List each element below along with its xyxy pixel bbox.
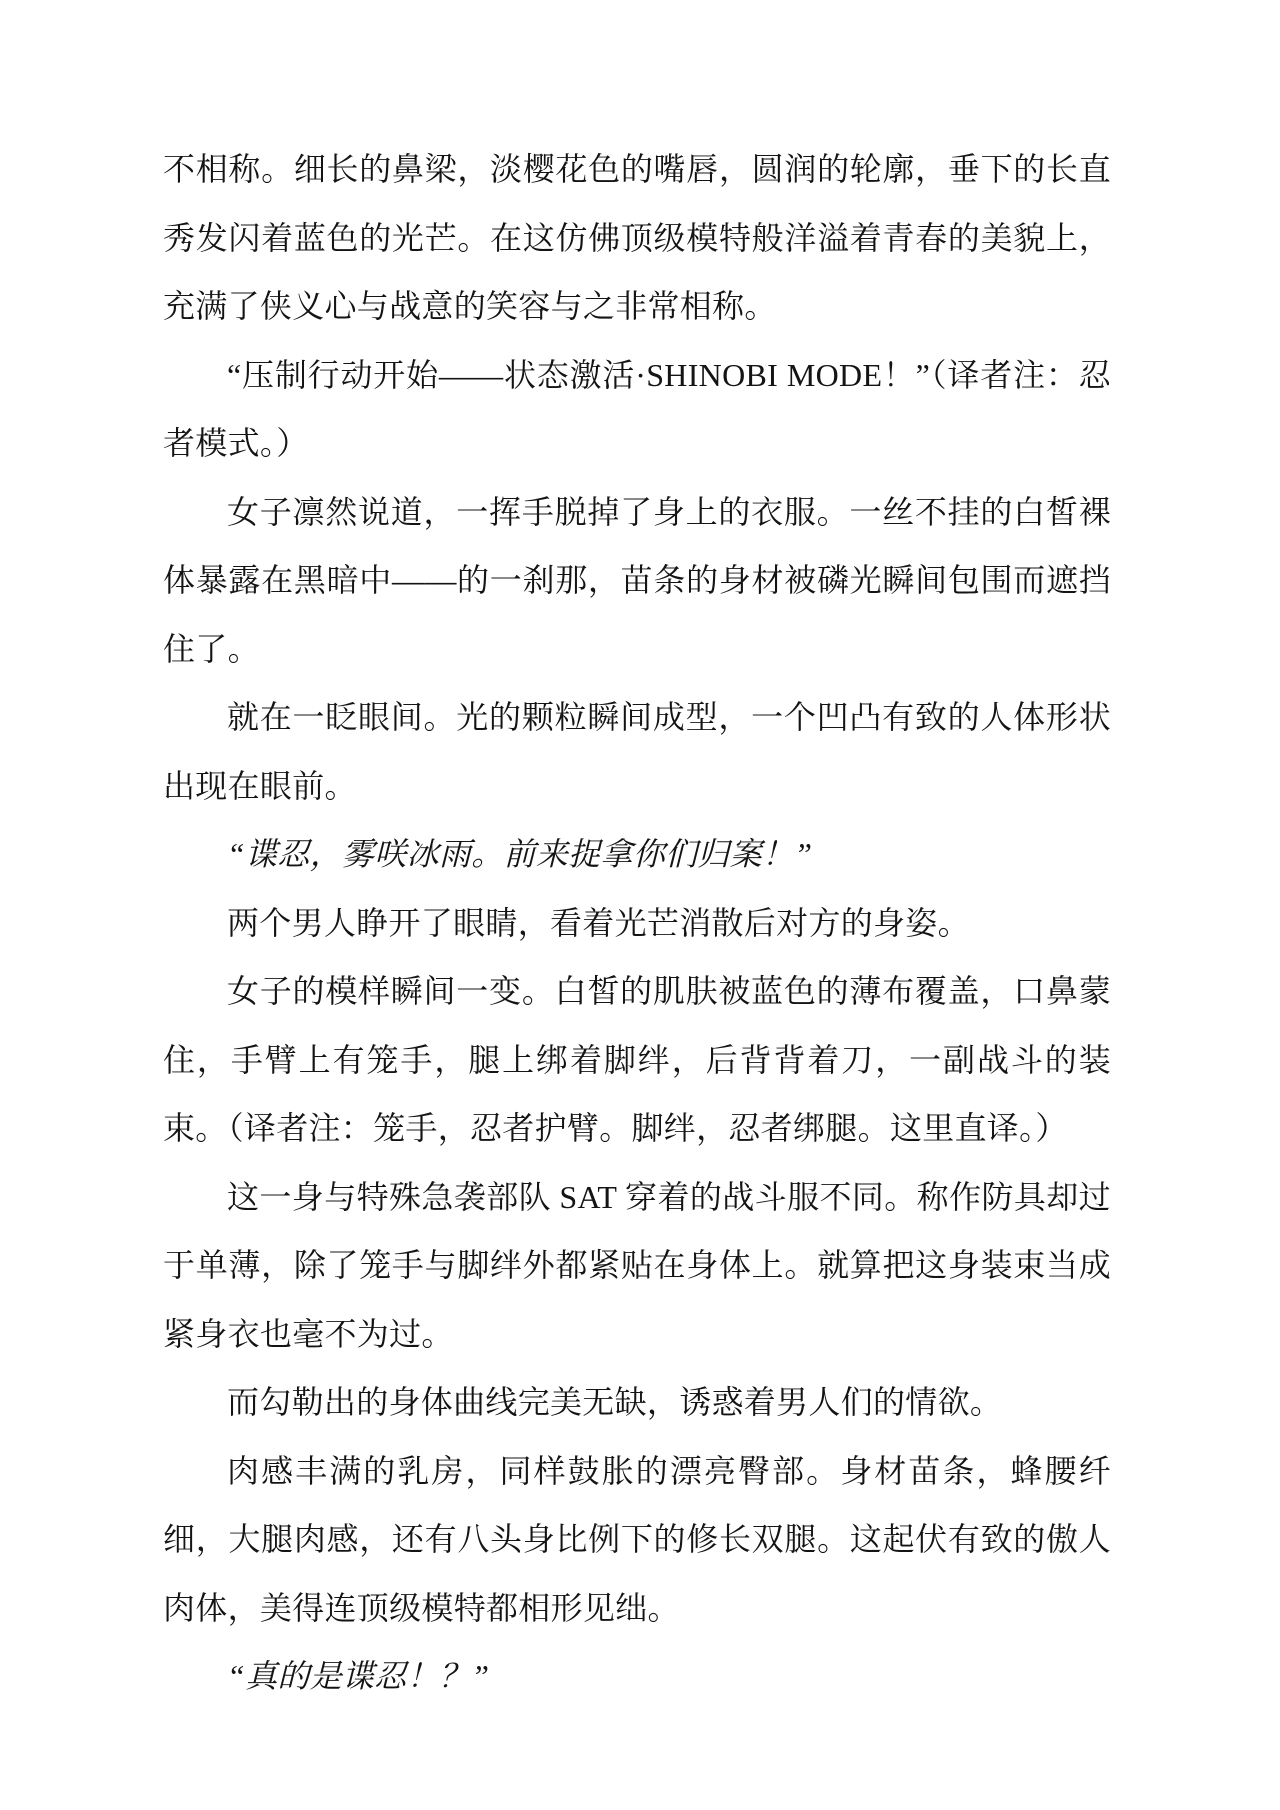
paragraph-1: 不相称。细长的鼻梁，淡樱花色的嘴唇，圆润的轮廓，垂下的长直秀发闪着蓝色的光芒。在…	[163, 135, 1111, 341]
paragraph-6: 两个男人睁开了眼睛，看着光芒消散后对方的身姿。	[163, 889, 1111, 958]
text-column: 不相称。细长的鼻梁，淡樱花色的嘴唇，圆润的轮廓，垂下的长直秀发闪着蓝色的光芒。在…	[163, 135, 1111, 1711]
paragraph-10: 肉感丰满的乳房，同样鼓胀的漂亮臀部。身材苗条，蜂腰纤细，大腿肉感，还有八头身比例…	[163, 1437, 1111, 1643]
paragraph-9: 而勾勒出的身体曲线完美无缺，诱惑着男人们的情欲。	[163, 1368, 1111, 1437]
paragraph-4: 就在一眨眼间。光的颗粒瞬间成型，一个凹凸有致的人体形状出现在眼前。	[163, 683, 1111, 820]
document-page: 不相称。细长的鼻梁，淡樱花色的嘴唇，圆润的轮廓，垂下的长直秀发闪着蓝色的光芒。在…	[0, 0, 1280, 1810]
paragraph-5-dialogue-quote: “谍忍，雾咲冰雨。前来捉拿你们归案！”	[163, 820, 1111, 889]
paragraph-7: 女子的模样瞬间一变。白皙的肌肤被蓝色的薄布覆盖，口鼻蒙住，手臂上有笼手，腿上绑着…	[163, 957, 1111, 1163]
paragraph-2-dialogue-shinobi-mode: “压制行动开始——状态激活·SHINOBI MODE！”（译者注：忍者模式。）	[163, 341, 1111, 478]
paragraph-11-dialogue-quote: “真的是谍忍！？”	[163, 1642, 1111, 1711]
paragraph-8: 这一身与特殊急袭部队 SAT 穿着的战斗服不同。称作防具却过于单薄，除了笼手与脚…	[163, 1163, 1111, 1369]
paragraph-3: 女子凛然说道，一挥手脱掉了身上的衣服。一丝不挂的白皙裸体暴露在黑暗中——的一刹那…	[163, 478, 1111, 684]
